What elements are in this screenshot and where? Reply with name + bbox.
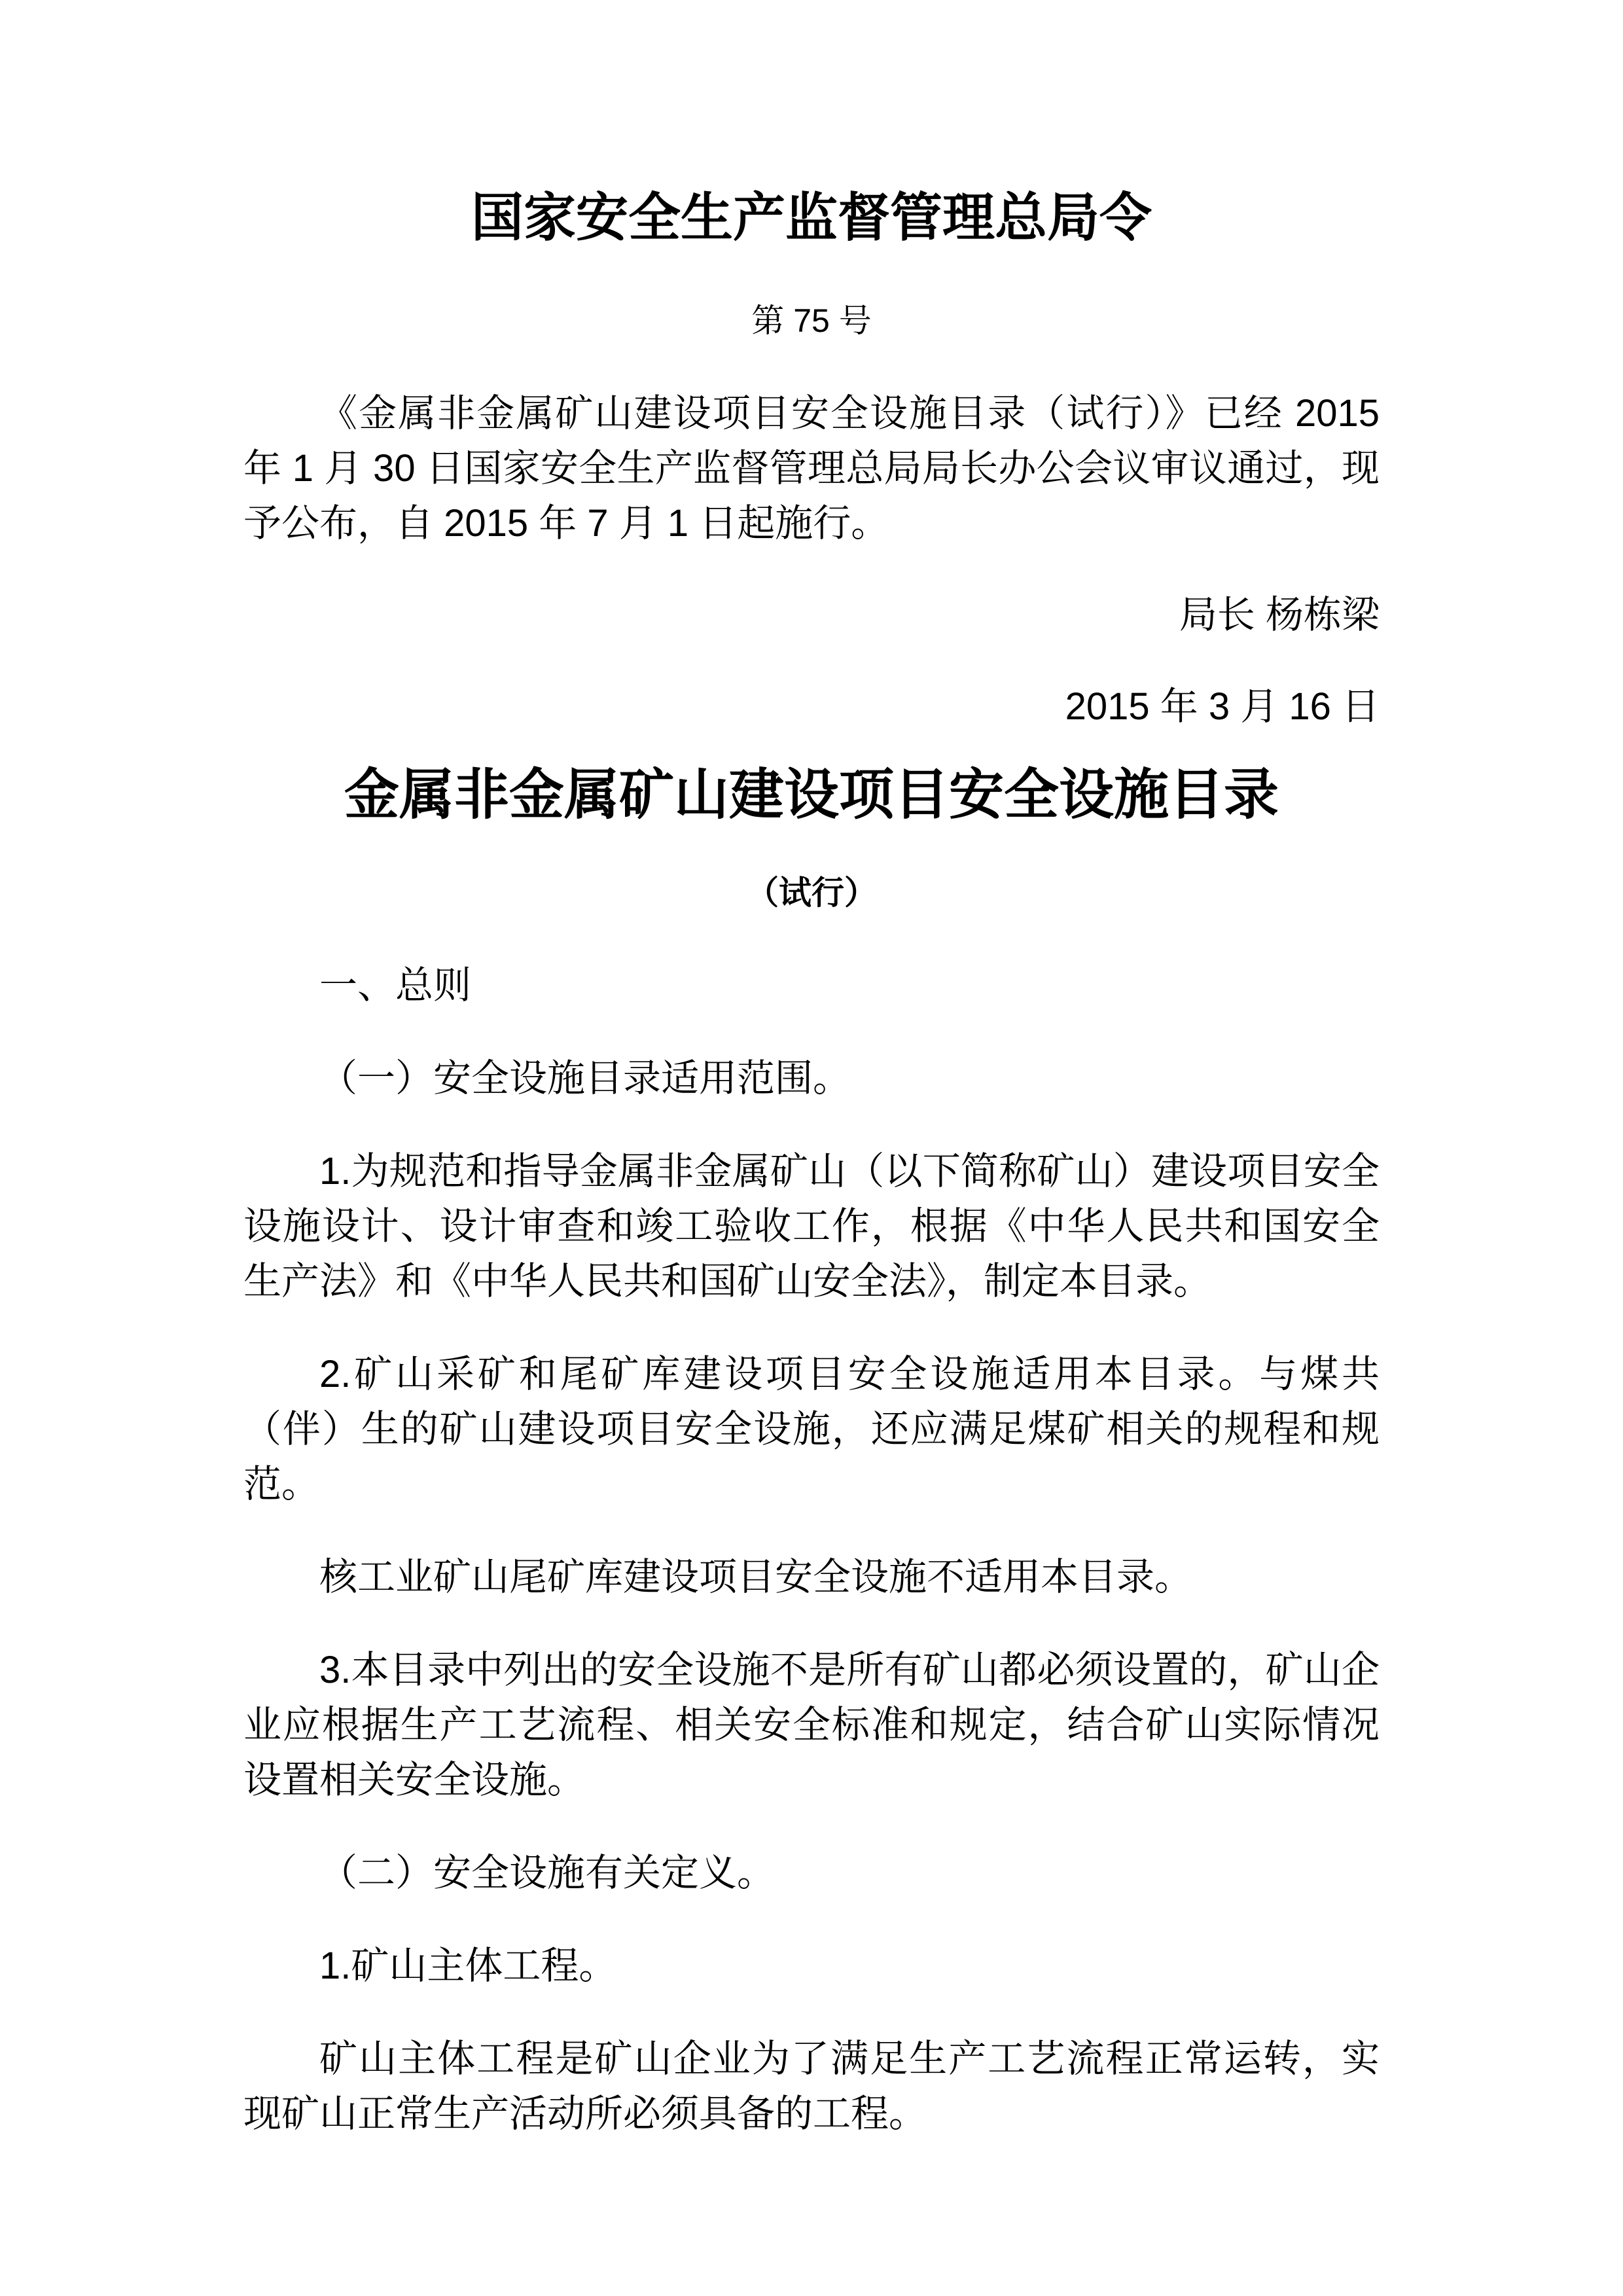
issue-date: 2015 年 3 月 16 日 [243,679,1380,734]
paragraph-nuclear-exclusion: 核工业矿山尾矿库建设项目安全设施不适用本目录。 [243,1550,1380,1605]
catalog-title: 金属非金属矿山建设项目安全设施目录 [243,758,1380,831]
intro-paragraph: 《金属非金属矿山建设项目安全设施目录（试行）》已经 2015 年 1 月 30 … [243,386,1380,551]
subsection-heading-scope: （一）安全设施目录适用范围。 [243,1051,1380,1106]
paragraph-applicability: 2.矿山采矿和尾矿库建设项目安全设施适用本目录。与煤共（伴）生的矿山建设项目安全… [243,1347,1380,1512]
section-heading-general: 一、总则 [243,958,1380,1013]
paragraph-main-works-definition: 矿山主体工程是矿山企业为了满足生产工艺流程正常运转，实现矿山正常生产活动所必须具… [243,2032,1380,2142]
paragraph-purpose: 1.为规范和指导金属非金属矿山（以下简称矿山）建设项目安全设施设计、设计审查和竣… [243,1144,1380,1309]
item-heading-main-works: 1.矿山主体工程。 [243,1939,1380,1994]
document-page: 国家安全生产监督管理总局令 第 75 号 《金属非金属矿山建设项目安全设施目录（… [0,0,1623,2296]
document-title: 国家安全生产监督管理总局令 [243,182,1380,254]
trial-note: （试行） [243,865,1380,920]
paragraph-not-mandatory: 3.本目录中列出的安全设施不是所有矿山都必须设置的，矿山企业应根据生产工艺流程、… [243,1643,1380,1808]
subsection-heading-definitions: （二）安全设施有关定义。 [243,1846,1380,1901]
signature-line: 局长 杨栋梁 [243,588,1380,643]
order-number: 第 75 号 [243,293,1380,348]
